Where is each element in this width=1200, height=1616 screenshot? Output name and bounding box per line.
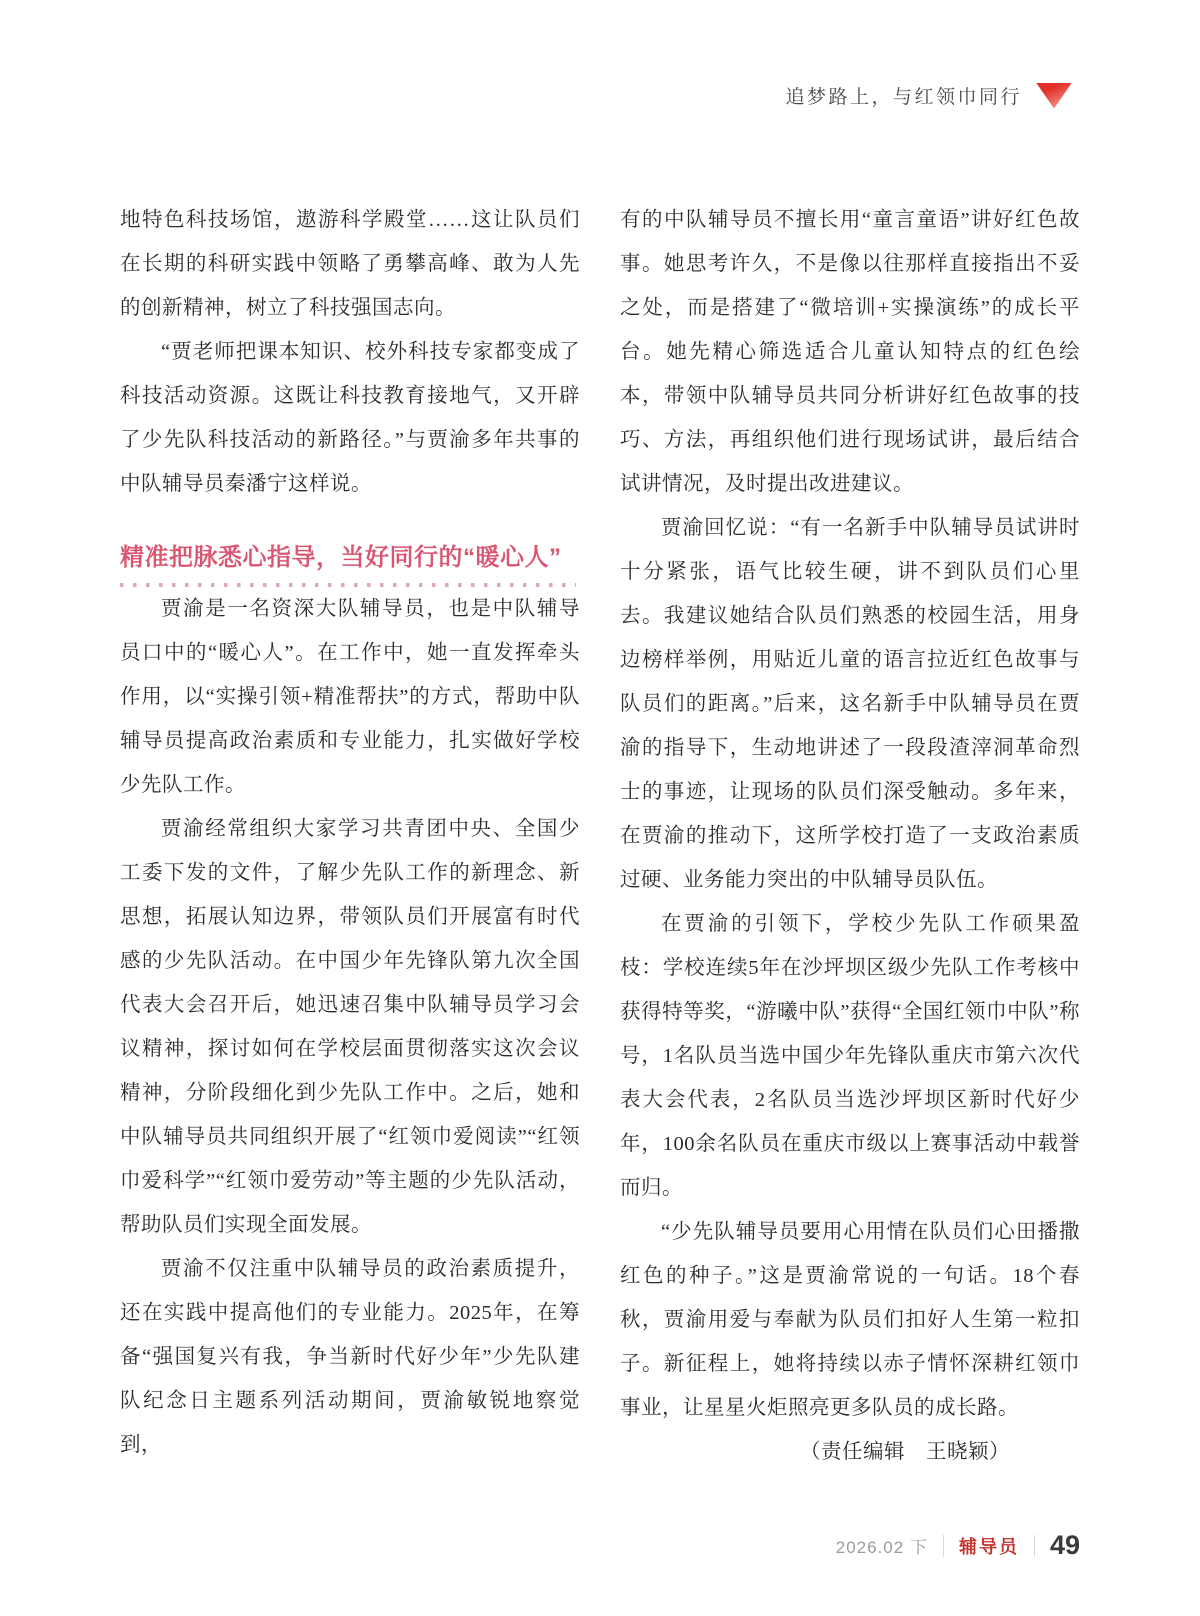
editor-credit: （责任编辑 王晓颖） (620, 1430, 1080, 1474)
paragraph: 地特色科技场馆，遨游科学殿堂……这让队员们在长期的科研实践中领略了勇攀高峰、敢为… (120, 198, 580, 330)
paragraph: 贾渝是一名资深大队辅导员，也是中队辅导员口中的“暖心人”。在工作中，她一直发挥牵… (120, 587, 580, 807)
page-footer: 2026.02 下 辅导员 49 (836, 1530, 1080, 1561)
running-head: 追梦路上，与红领巾同行 (785, 82, 1072, 109)
paragraph: 有的中队辅导员不擅长用“童言童语”讲好红色故事。她思考许久，不是像以往那样直接指… (620, 198, 1080, 506)
issue-date: 2026.02 下 (836, 1533, 928, 1558)
paragraph: 贾渝回忆说：“有一名新手中队辅导员试讲时十分紧张，语气比较生硬，讲不到队员们心里… (620, 506, 1080, 902)
paragraph: “贾老师把课本知识、校外科技专家都变成了科技活动资源。这既让科技教育接地气，又开… (120, 330, 580, 506)
section-heading: 精准把脉悉心指导，当好同行的“暖心人” (120, 543, 580, 573)
triangle-down-icon (1036, 83, 1072, 109)
paragraph: 贾渝经常组织大家学习共青团中央、全国少工委下发的文件，了解少先队工作的新理念、新… (120, 807, 580, 1247)
page-number: 49 (1050, 1530, 1080, 1561)
magazine-logo: 辅导员 (959, 1533, 1019, 1559)
paragraph: 贾渝不仅注重中队辅导员的政治素质提升，还在实践中提高他们的专业能力。2025年，… (120, 1247, 580, 1467)
right-column: 有的中队辅导员不擅长用“童言童语”讲好红色故事。她思考许久，不是像以往那样直接指… (620, 198, 1080, 1474)
divider (943, 1535, 944, 1557)
magazine-page: 追梦路上，与红领巾同行 地特色科技场馆，遨游科学殿堂……这让队员们在长期的科研实… (0, 0, 1200, 1616)
left-column: 地特色科技场馆，遨游科学殿堂……这让队员们在长期的科研实践中领略了勇攀高峰、敢为… (120, 198, 580, 1474)
divider (1034, 1535, 1035, 1557)
paragraph: “少先队辅导员要用心用情在队员们心田播撒红色的种子。”这是贾渝常说的一句话。18… (620, 1210, 1080, 1430)
article-columns: 地特色科技场馆，遨游科学殿堂……这让队员们在长期的科研实践中领略了勇攀高峰、敢为… (120, 198, 1080, 1474)
running-head-title: 追梦路上，与红领巾同行 (785, 82, 1022, 109)
paragraph: 在贾渝的引领下，学校少先队工作硕果盈枝：学校连续5年在沙坪坝区级少先队工作考核中… (620, 902, 1080, 1210)
